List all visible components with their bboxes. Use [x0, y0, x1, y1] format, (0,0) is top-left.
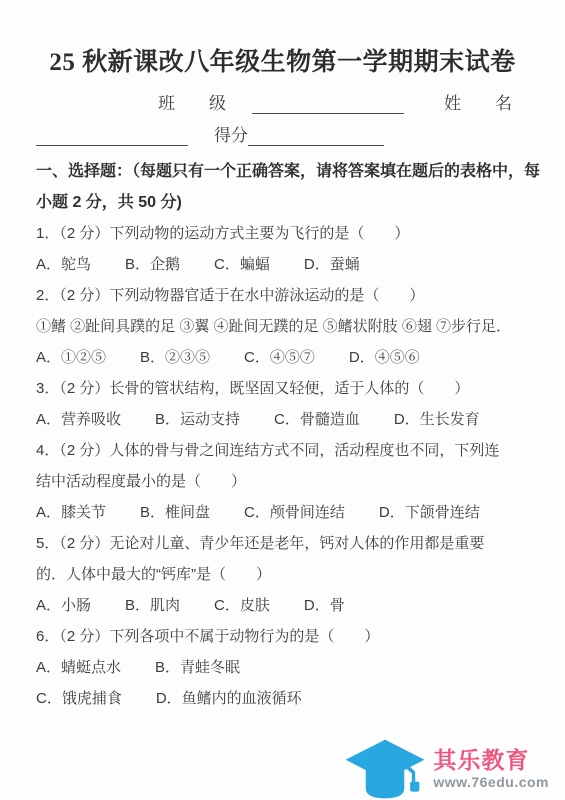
question-text-line: 2．（2 分）下列动物器官适于在水中游泳运动的是（ ） [36, 280, 529, 311]
question-list: 1．（2 分）下列动物的运动方式主要为飞行的是（ ） A．鸵鸟B．企鹅C．蝙蝠D… [36, 218, 529, 714]
class-label: 班级 [158, 89, 260, 114]
question-text-line: 1．（2 分）下列动物的运动方式主要为飞行的是（ ） [36, 218, 529, 249]
question-block: 3．（2 分）长骨的管状结构，既坚固又轻便，适于人体的（ ） A．营养吸收B．运… [36, 373, 529, 435]
option: C．颅骨间连结 [244, 497, 345, 528]
option: D．骨 [304, 590, 345, 621]
option: B．运动支持 [155, 404, 240, 435]
question-lines: 5．（2 分）无论对儿童、青少年还是老年，钙对人体的作用都是重要的．人体中最大的… [36, 528, 529, 590]
question-options: A．营养吸收B．运动支持C．骨髓造血D．生长发育 [36, 404, 529, 435]
option-row: A．鸵鸟B．企鹅C．蝙蝠D．蚕蛹 [36, 249, 529, 280]
option: A．营养吸收 [36, 404, 121, 435]
option: A．膝关节 [36, 497, 106, 528]
question-block: 2．（2 分）下列动物器官适于在水中游泳运动的是（ ）①鳍 ②趾间具蹼的足 ③翼… [36, 280, 529, 373]
question-lines: 4．（2 分）人体的骨与骨之间连结方式不同，活动程度也不同，下列连结中活动程度最… [36, 435, 529, 497]
question-text-line: ①鳍 ②趾间具蹼的足 ③翼 ④趾间无蹼的足 ⑤鳍状附肢 ⑥翅 ⑦步行足． [36, 311, 529, 342]
question-text-line: 3．（2 分）长骨的管状结构，既坚固又轻便，适于人体的（ ） [36, 373, 529, 404]
option-row: C．饿虎捕食D．鱼鳍内的血液循环 [36, 683, 529, 714]
question-options: A．①②⑤B．②③⑤C．④⑤⑦D．④⑤⑥ [36, 342, 529, 373]
question-block: 4．（2 分）人体的骨与骨之间连结方式不同，活动程度也不同，下列连结中活动程度最… [36, 435, 529, 528]
question-lines: 6．（2 分）下列各项中不属于动物行为的是（ ） [36, 621, 529, 652]
option: C．饿虎捕食 [36, 683, 122, 714]
option: B．肌肉 [125, 590, 180, 621]
option-row: A．①②⑤B．②③⑤C．④⑤⑦D．④⑤⑥ [36, 342, 529, 373]
option: D．生长发育 [394, 404, 480, 435]
graduation-cap-icon [343, 738, 427, 800]
option-row: A．小肠B．肌肉C．皮肤D．骨 [36, 590, 529, 621]
option: B．青蛙冬眠 [155, 652, 240, 683]
question-options: A．鸵鸟B．企鹅C．蝙蝠D．蚕蛹 [36, 249, 529, 280]
question-block: 6．（2 分）下列各项中不属于动物行为的是（ ） A．蜻蜓点水B．青蛙冬眠C．饿… [36, 621, 529, 714]
option: A．蜻蜓点水 [36, 652, 121, 683]
name-label: 姓名 [444, 89, 546, 114]
option: A．①②⑤ [36, 342, 106, 373]
name-blank-line [36, 123, 188, 146]
option-row: A．膝关节B．椎间盘C．颅骨间连结D．下颌骨连结 [36, 497, 529, 528]
question-block: 5．（2 分）无论对儿童、青少年还是老年，钙对人体的作用都是重要的．人体中最大的… [36, 528, 529, 621]
question-lines: 3．（2 分）长骨的管状结构，既坚固又轻便，适于人体的（ ） [36, 373, 529, 404]
section-heading: 一、选择题：（每题只有一个正确答案，请将答案填在题后的表格中，每 小题 2 分，… [36, 156, 529, 218]
question-text-line: 4．（2 分）人体的骨与骨之间连结方式不同，活动程度也不同，下列连 [36, 435, 529, 466]
option: C．④⑤⑦ [244, 342, 315, 373]
class-blank-line [252, 91, 404, 114]
option-row: A．营养吸收B．运动支持C．骨髓造血D．生长发育 [36, 404, 529, 435]
question-text-line: 6．（2 分）下列各项中不属于动物行为的是（ ） [36, 621, 529, 652]
question-text-line: 5．（2 分）无论对儿童、青少年还是老年，钙对人体的作用都是重要 [36, 528, 529, 559]
question-options: A．小肠B．肌肉C．皮肤D．骨 [36, 590, 529, 621]
watermark-brand: 其乐教育 [433, 747, 529, 773]
option: C．皮肤 [214, 590, 270, 621]
question-text-line: 结中活动程度最小的是（ ） [36, 466, 529, 497]
question-block: 1．（2 分）下列动物的运动方式主要为飞行的是（ ） A．鸵鸟B．企鹅C．蝙蝠D… [36, 218, 529, 280]
option: D．④⑤⑥ [349, 342, 420, 373]
option: C．骨髓造血 [274, 404, 360, 435]
question-lines: 1．（2 分）下列动物的运动方式主要为飞行的是（ ） [36, 218, 529, 249]
option: A．小肠 [36, 590, 91, 621]
question-lines: 2．（2 分）下列动物器官适于在水中游泳运动的是（ ）①鳍 ②趾间具蹼的足 ③翼… [36, 280, 529, 342]
option: D．下颌骨连结 [379, 497, 480, 528]
option: D．鱼鳍内的血液循环 [156, 683, 302, 714]
option: A．鸵鸟 [36, 249, 91, 280]
exam-page: 25 秋新课改八年级生物第一学期期末试卷 班级 姓名 得分 一、选择题：（每题只… [0, 42, 565, 714]
score-blank-line [248, 123, 384, 146]
section-heading-line: 一、选择题：（每题只有一个正确答案，请将答案填在题后的表格中，每 [36, 156, 529, 187]
section-heading-line: 小题 2 分，共 50 分) [36, 187, 529, 218]
option: C．蝙蝠 [214, 249, 270, 280]
question-text-line: 的．人体中最大的“钙库”是（ ） [36, 559, 529, 590]
question-options: A．蜻蜓点水B．青蛙冬眠C．饿虎捕食D．鱼鳍内的血液循环 [36, 652, 529, 714]
option: B．企鹅 [125, 249, 180, 280]
page-title: 25 秋新课改八年级生物第一学期期末试卷 [36, 42, 529, 78]
watermark-logo: 其乐教育 www.76edu.com [343, 738, 549, 800]
watermark-url: www.76edu.com [433, 773, 549, 791]
question-options: A．膝关节B．椎间盘C．颅骨间连结D．下颌骨连结 [36, 497, 529, 528]
option: D．蚕蛹 [304, 249, 360, 280]
score-label: 得分 [214, 121, 248, 146]
option: B．椎间盘 [140, 497, 210, 528]
student-info-row-1: 班级 姓名 [36, 82, 529, 114]
student-info-row-2: 得分 [36, 114, 529, 146]
option: B．②③⑤ [140, 342, 210, 373]
option-row: A．蜻蜓点水B．青蛙冬眠 [36, 652, 529, 683]
